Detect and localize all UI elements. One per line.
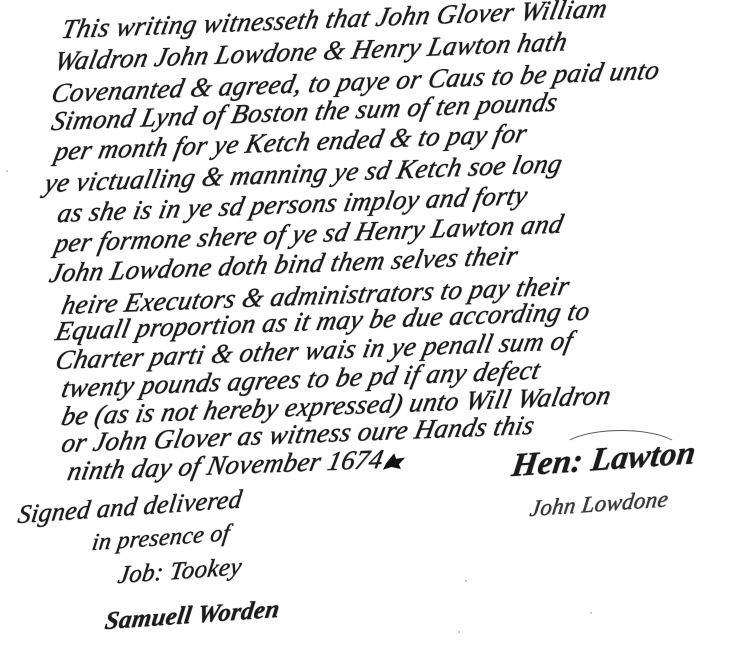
witness-signature-samuell-worden: Samuell Worden xyxy=(103,596,281,637)
scan-speck xyxy=(590,612,592,614)
seal-mark-icon xyxy=(383,453,406,470)
scan-speck xyxy=(458,631,460,633)
scan-speck xyxy=(465,580,467,582)
witness-heading-in-presence: in presence of xyxy=(90,520,231,557)
document-page: This writing witnesseth that John Glover… xyxy=(0,0,741,651)
signature-john-lowdone: John Lowdone xyxy=(528,486,670,522)
signature-flourish-icon xyxy=(560,430,682,472)
scan-speck xyxy=(6,170,8,172)
witness-signature-job-tookey: Job: Tookey xyxy=(116,553,244,590)
